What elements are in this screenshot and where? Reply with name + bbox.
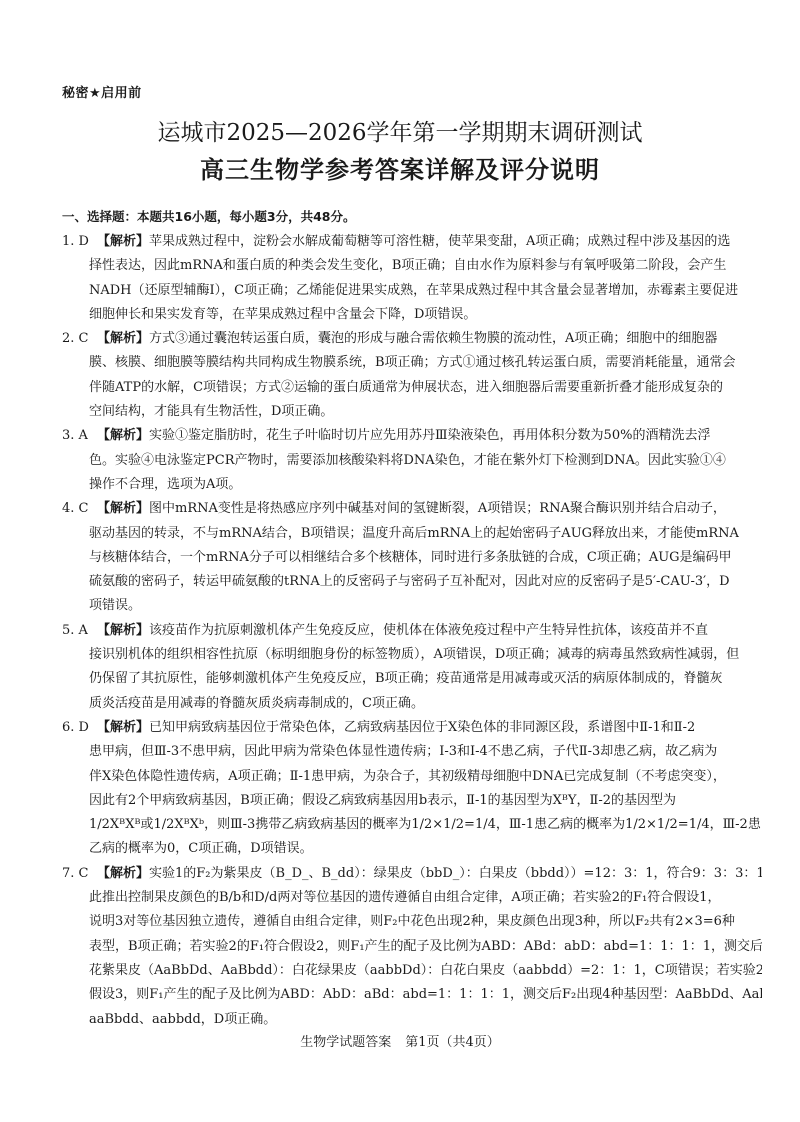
answer-list: 1. D【解析】苹果成熟过程中，淀粉会水解成葡萄糖等可溶性糖，使苹果变甜，A项正… bbox=[62, 230, 762, 1032]
answer-line: 花紫果皮（AaBbDd、AaBbdd）：白花绿果皮（aabbDd）：白花白果皮（… bbox=[89, 959, 762, 983]
analysis-tag: 【解析】 bbox=[97, 428, 149, 443]
answer-text: 苹果成熟过程中，淀粉会水解成葡萄糖等可溶性糖，使苹果变甜，A项正确；成熟过程中涉… bbox=[149, 234, 730, 249]
answer-line: 【解析】已知甲病致病基因位于常染色体，乙病致病基因位于X染色体的非同源区段，系谱… bbox=[89, 716, 762, 740]
answer-line: 驱动基因的转录，不与mRNA结合，B项错误；温度升高后mRNA上的起始密码子AU… bbox=[89, 522, 762, 546]
section-heading: 一、选择题：本题共16小题，每小题3分，共48分。 bbox=[62, 207, 356, 225]
answer-line: 膜、核膜、细胞膜等膜结构共同构成生物膜系统，B项正确；方式①通过核孔转运蛋白质，… bbox=[89, 351, 762, 375]
answer-line: 【解析】方式③通过囊泡转运蛋白质，囊泡的形成与融合需依赖生物膜的流动性，A项正确… bbox=[89, 327, 762, 351]
answer-line: 【解析】实验①鉴定脂肪时，花生子叶临时切片应先用苏丹Ⅲ染液染色，再用体积分数为5… bbox=[89, 424, 762, 448]
answer-line: 因此有2个甲病致病基因，B项正确；假设乙病致病基因用b表示，Ⅱ-1的基因型为Xᴮ… bbox=[89, 789, 762, 813]
answer-line: 硫氨酸的密码子，转运甲硫氨酸的tRNA上的反密码子与密码子互补配对，因此对应的反… bbox=[89, 570, 762, 594]
answer-line: 操作不合理，选项为A项。 bbox=[89, 473, 762, 497]
confidential-label: 秘密★启用前 bbox=[62, 82, 142, 101]
answer-line: 此推出控制果皮颜色的B/b和D/d两对等位基因的遗传遵循自由组合定律，A项正确；… bbox=[89, 886, 762, 910]
answer-line: 与核糖体结合，一个mRNA分子可以相继结合多个核糖体，同时进行多条肽链的合成，C… bbox=[89, 546, 762, 570]
answer-item: 1. D【解析】苹果成熟过程中，淀粉会水解成葡萄糖等可溶性糖，使苹果变甜，A项正… bbox=[62, 230, 762, 327]
answer-line: 质炎活疫苗是用减毒的脊髓灰质炎病毒制成的，C项正确。 bbox=[89, 692, 762, 716]
answer-item: 5. A【解析】该疫苗作为抗原刺激机体产生免疫反应，使机体在体液免疫过程中产生特… bbox=[62, 619, 762, 716]
answer-line: 择性表达，因此mRNA和蛋白质的种类会发生变化，B项正确；自由水作为原料参与有氧… bbox=[89, 254, 762, 278]
answer-line: 伴随ATP的水解，C项错误；方式②运输的蛋白质通常为伸展状态，进入细胞器后需要重… bbox=[89, 376, 762, 400]
answer-text: 实验①鉴定脂肪时，花生子叶临时切片应先用苏丹Ⅲ染液染色，再用体积分数为50%的酒… bbox=[149, 428, 710, 443]
footer-page-info: 第1页（共4页） bbox=[405, 1035, 500, 1050]
answer-line: 说明3对等位基因独立遗传，遵循自由组合定律，则F₂中花色出现2种，果皮颜色出现3… bbox=[89, 910, 762, 934]
answer-item: 3. A【解析】实验①鉴定脂肪时，花生子叶临时切片应先用苏丹Ⅲ染液染色，再用体积… bbox=[62, 424, 762, 497]
answer-number: 1. D bbox=[62, 230, 89, 254]
answer-line: 接识别机体的组织相容性抗原（标明细胞身份的标签物质），A项错误，D项正确；减毒的… bbox=[89, 643, 762, 667]
answer-line: 伴X染色体隐性遗传病，A项正确；Ⅱ-1患甲病，为杂合子，其初级精母细胞中DNA已… bbox=[89, 765, 762, 789]
exam-title: 运城市2025—2026学年第一学期期末调研测试 bbox=[0, 114, 800, 147]
answer-line: 项错误。 bbox=[89, 594, 762, 618]
answer-item: 4. C【解析】图中mRNA变性是将热感应序列中碱基对间的氢键断裂，A项错误；R… bbox=[62, 497, 762, 618]
answer-text: 图中mRNA变性是将热感应序列中碱基对间的氢键断裂，A项错误；RNA聚合酶识别并… bbox=[149, 501, 726, 516]
answer-number: 5. A bbox=[62, 619, 88, 643]
answer-number: 7. C bbox=[62, 862, 88, 886]
analysis-tag: 【解析】 bbox=[97, 866, 149, 881]
answer-line: 仍保留了其抗原性，能够刺激机体产生免疫反应，B项正确；疫苗通常是用减毒或灭活的病… bbox=[89, 667, 762, 691]
analysis-tag: 【解析】 bbox=[97, 331, 149, 346]
answer-line: 1/2XᴮXᴮ或1/2XᴮXᵇ，则Ⅲ-3携带乙病致病基因的概率为1/2×1/2=… bbox=[89, 813, 762, 837]
answer-text: 方式③通过囊泡转运蛋白质，囊泡的形成与融合需依赖生物膜的流动性，A项正确；细胞中… bbox=[149, 331, 717, 346]
answer-line: NADH（还原型辅酶Ⅰ），C项正确；乙烯能促进果实成熟，在苹果成熟过程中其含量会… bbox=[89, 279, 762, 303]
answer-number: 2. C bbox=[62, 327, 88, 351]
answer-item: 6. D【解析】已知甲病致病基因位于常染色体，乙病致病基因位于X染色体的非同源区… bbox=[62, 716, 762, 862]
answer-line: 【解析】苹果成熟过程中，淀粉会水解成葡萄糖等可溶性糖，使苹果变甜，A项正确；成熟… bbox=[89, 230, 762, 254]
answer-item: 2. C【解析】方式③通过囊泡转运蛋白质，囊泡的形成与融合需依赖生物膜的流动性，… bbox=[62, 327, 762, 424]
footer-doc-name: 生物学试题答案 bbox=[300, 1035, 391, 1050]
answer-number: 4. C bbox=[62, 497, 88, 521]
page-footer: 生物学试题答案第1页（共4页） bbox=[0, 1031, 800, 1050]
answer-line: 【解析】实验1的F₂为紫果皮（B_D_、B_dd）：绿果皮（bbD_）：白果皮（… bbox=[89, 862, 762, 886]
answer-line: 乙病的概率为0，C项正确，D项错误。 bbox=[89, 837, 762, 861]
answer-line: 【解析】图中mRNA变性是将热感应序列中碱基对间的氢键断裂，A项错误；RNA聚合… bbox=[89, 497, 762, 521]
answer-line: aaBbdd、aabbdd，D项正确。 bbox=[89, 1008, 762, 1032]
answer-text: 已知甲病致病基因位于常染色体，乙病致病基因位于X染色体的非同源区段，系谱图中Ⅱ-… bbox=[149, 720, 695, 735]
answer-number: 6. D bbox=[62, 716, 89, 740]
answer-line: 色。实验④电泳鉴定PCR产物时，需要添加核酸染料将DNA染色，才能在紫外灯下检测… bbox=[89, 449, 762, 473]
analysis-tag: 【解析】 bbox=[97, 720, 149, 735]
analysis-tag: 【解析】 bbox=[97, 501, 149, 516]
answer-number: 3. A bbox=[62, 424, 88, 448]
answer-line: 假设3，则F₁产生的配子及比例为ABD：AbD：aBd：abd=1：1：1：1，… bbox=[89, 983, 762, 1007]
document-subtitle: 高三生物学参考答案详解及评分说明 bbox=[0, 150, 800, 185]
analysis-tag: 【解析】 bbox=[97, 623, 149, 638]
answer-line: 细胞伸长和果实发育等，在苹果成熟过程中含量会下降，D项错误。 bbox=[89, 303, 762, 327]
analysis-tag: 【解析】 bbox=[97, 234, 149, 249]
answer-text: 该疫苗作为抗原刺激机体产生免疫反应，使机体在体液免疫过程中产生特异性抗体，该疫苗… bbox=[149, 623, 708, 638]
answer-text: 实验1的F₂为紫果皮（B_D_、B_dd）：绿果皮（bbD_）：白果皮（bbdd… bbox=[149, 866, 762, 881]
answer-line: 表型，B项正确；若实验2的F₁符合假设2，则F₁产生的配子及比例为ABD：ABd… bbox=[89, 935, 762, 959]
answer-item: 7. C【解析】实验1的F₂为紫果皮（B_D_、B_dd）：绿果皮（bbD_）：… bbox=[62, 862, 762, 1032]
answer-line: 空间结构，才能具有生物活性，D项正确。 bbox=[89, 400, 762, 424]
answer-line: 患甲病，但Ⅲ-3不患甲病，因此甲病为常染色体显性遗传病；I-3和I-4不患乙病，… bbox=[89, 740, 762, 764]
answer-line: 【解析】该疫苗作为抗原刺激机体产生免疫反应，使机体在体液免疫过程中产生特异性抗体… bbox=[89, 619, 762, 643]
